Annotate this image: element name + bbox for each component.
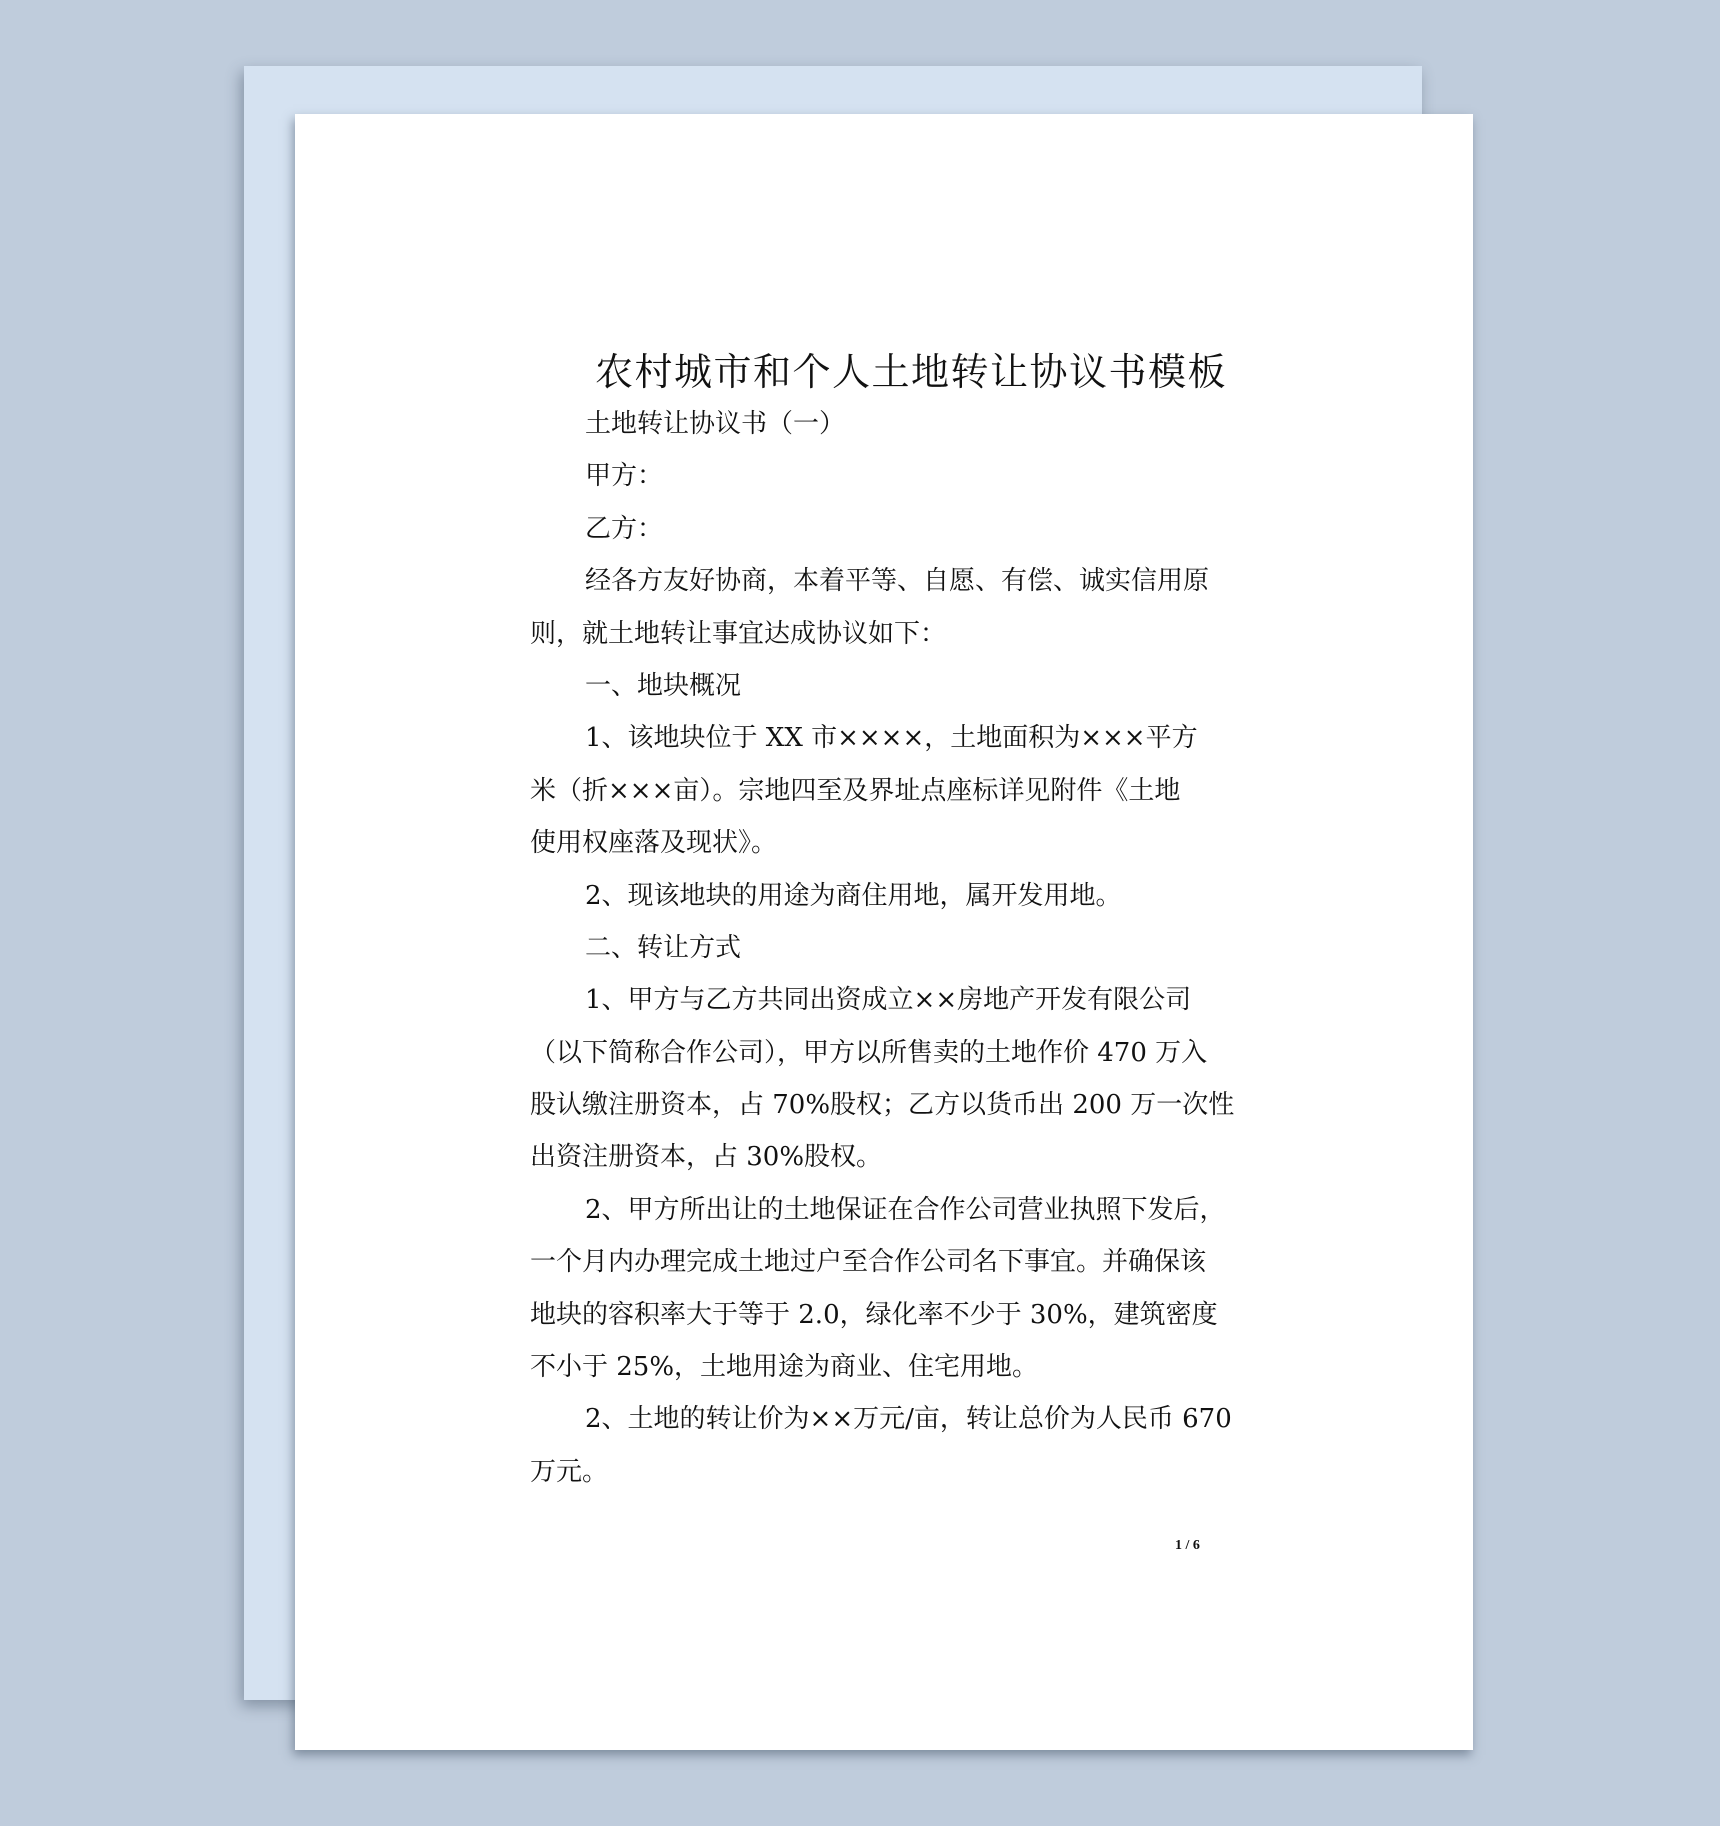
paragraph-line: 1、甲方与乙方共同出资成立××房地产开发有限公司 (530, 974, 1236, 1026)
party-b-line: 乙方： (530, 503, 1236, 555)
paragraph-line: 2、现该地块的用途为商住用地，属开发用地。 (530, 870, 1236, 922)
section-heading: 二、转让方式 (530, 922, 1236, 974)
paragraph-line: 经各方友好协商，本着平等、自愿、有偿、诚实信用原 (530, 555, 1236, 607)
paragraph-line: 1、该地块位于 XX 市××××，土地面积为×××平方 (530, 712, 1236, 764)
paragraph-line: 则，就土地转让事宜达成协议如下： (530, 608, 1236, 660)
page-number: 1 / 6 (1175, 1538, 1200, 1554)
document-page: 农村城市和个人土地转让协议书模板 土地转让协议书（一） 甲方： 乙方： 经各方友… (295, 114, 1473, 1750)
paragraph-line: 股认缴注册资本，占 70%股权；乙方以货币出 200 万一次性 (530, 1079, 1236, 1131)
section-subtitle: 土地转让协议书（一） (530, 398, 1236, 450)
party-a-line: 甲方： (530, 450, 1236, 502)
paragraph-line: 使用权座落及现状》。 (530, 817, 1236, 869)
section-heading: 一、地块概况 (530, 660, 1236, 712)
paragraph-line: 不小于 25%，土地用途为商业、住宅用地。 (530, 1341, 1236, 1393)
paragraph-line: 一个月内办理完成土地过户至合作公司名下事宜。并确保该 (530, 1236, 1236, 1288)
document-title: 农村城市和个人土地转让协议书模板 (595, 347, 1195, 397)
paragraph-line: （以下简称合作公司），甲方以所售卖的土地作价 470 万入 (530, 1027, 1236, 1079)
paragraph-line: 2、土地的转让价为××万元/亩，转让总价为人民币 670 (530, 1393, 1236, 1445)
document-body: 土地转让协议书（一） 甲方： 乙方： 经各方友好协商，本着平等、自愿、有偿、诚实… (530, 398, 1236, 1498)
paragraph-line: 米（折×××亩）。宗地四至及界址点座标详见附件《土地 (530, 765, 1236, 817)
paragraph-line: 地块的容积率大于等于 2.0，绿化率不少于 30%，建筑密度 (530, 1289, 1236, 1341)
paragraph-line: 2、甲方所出让的土地保证在合作公司营业执照下发后， (530, 1184, 1236, 1236)
paragraph-line: 万元。 (530, 1446, 1236, 1498)
paragraph-line: 出资注册资本，占 30%股权。 (530, 1131, 1236, 1183)
